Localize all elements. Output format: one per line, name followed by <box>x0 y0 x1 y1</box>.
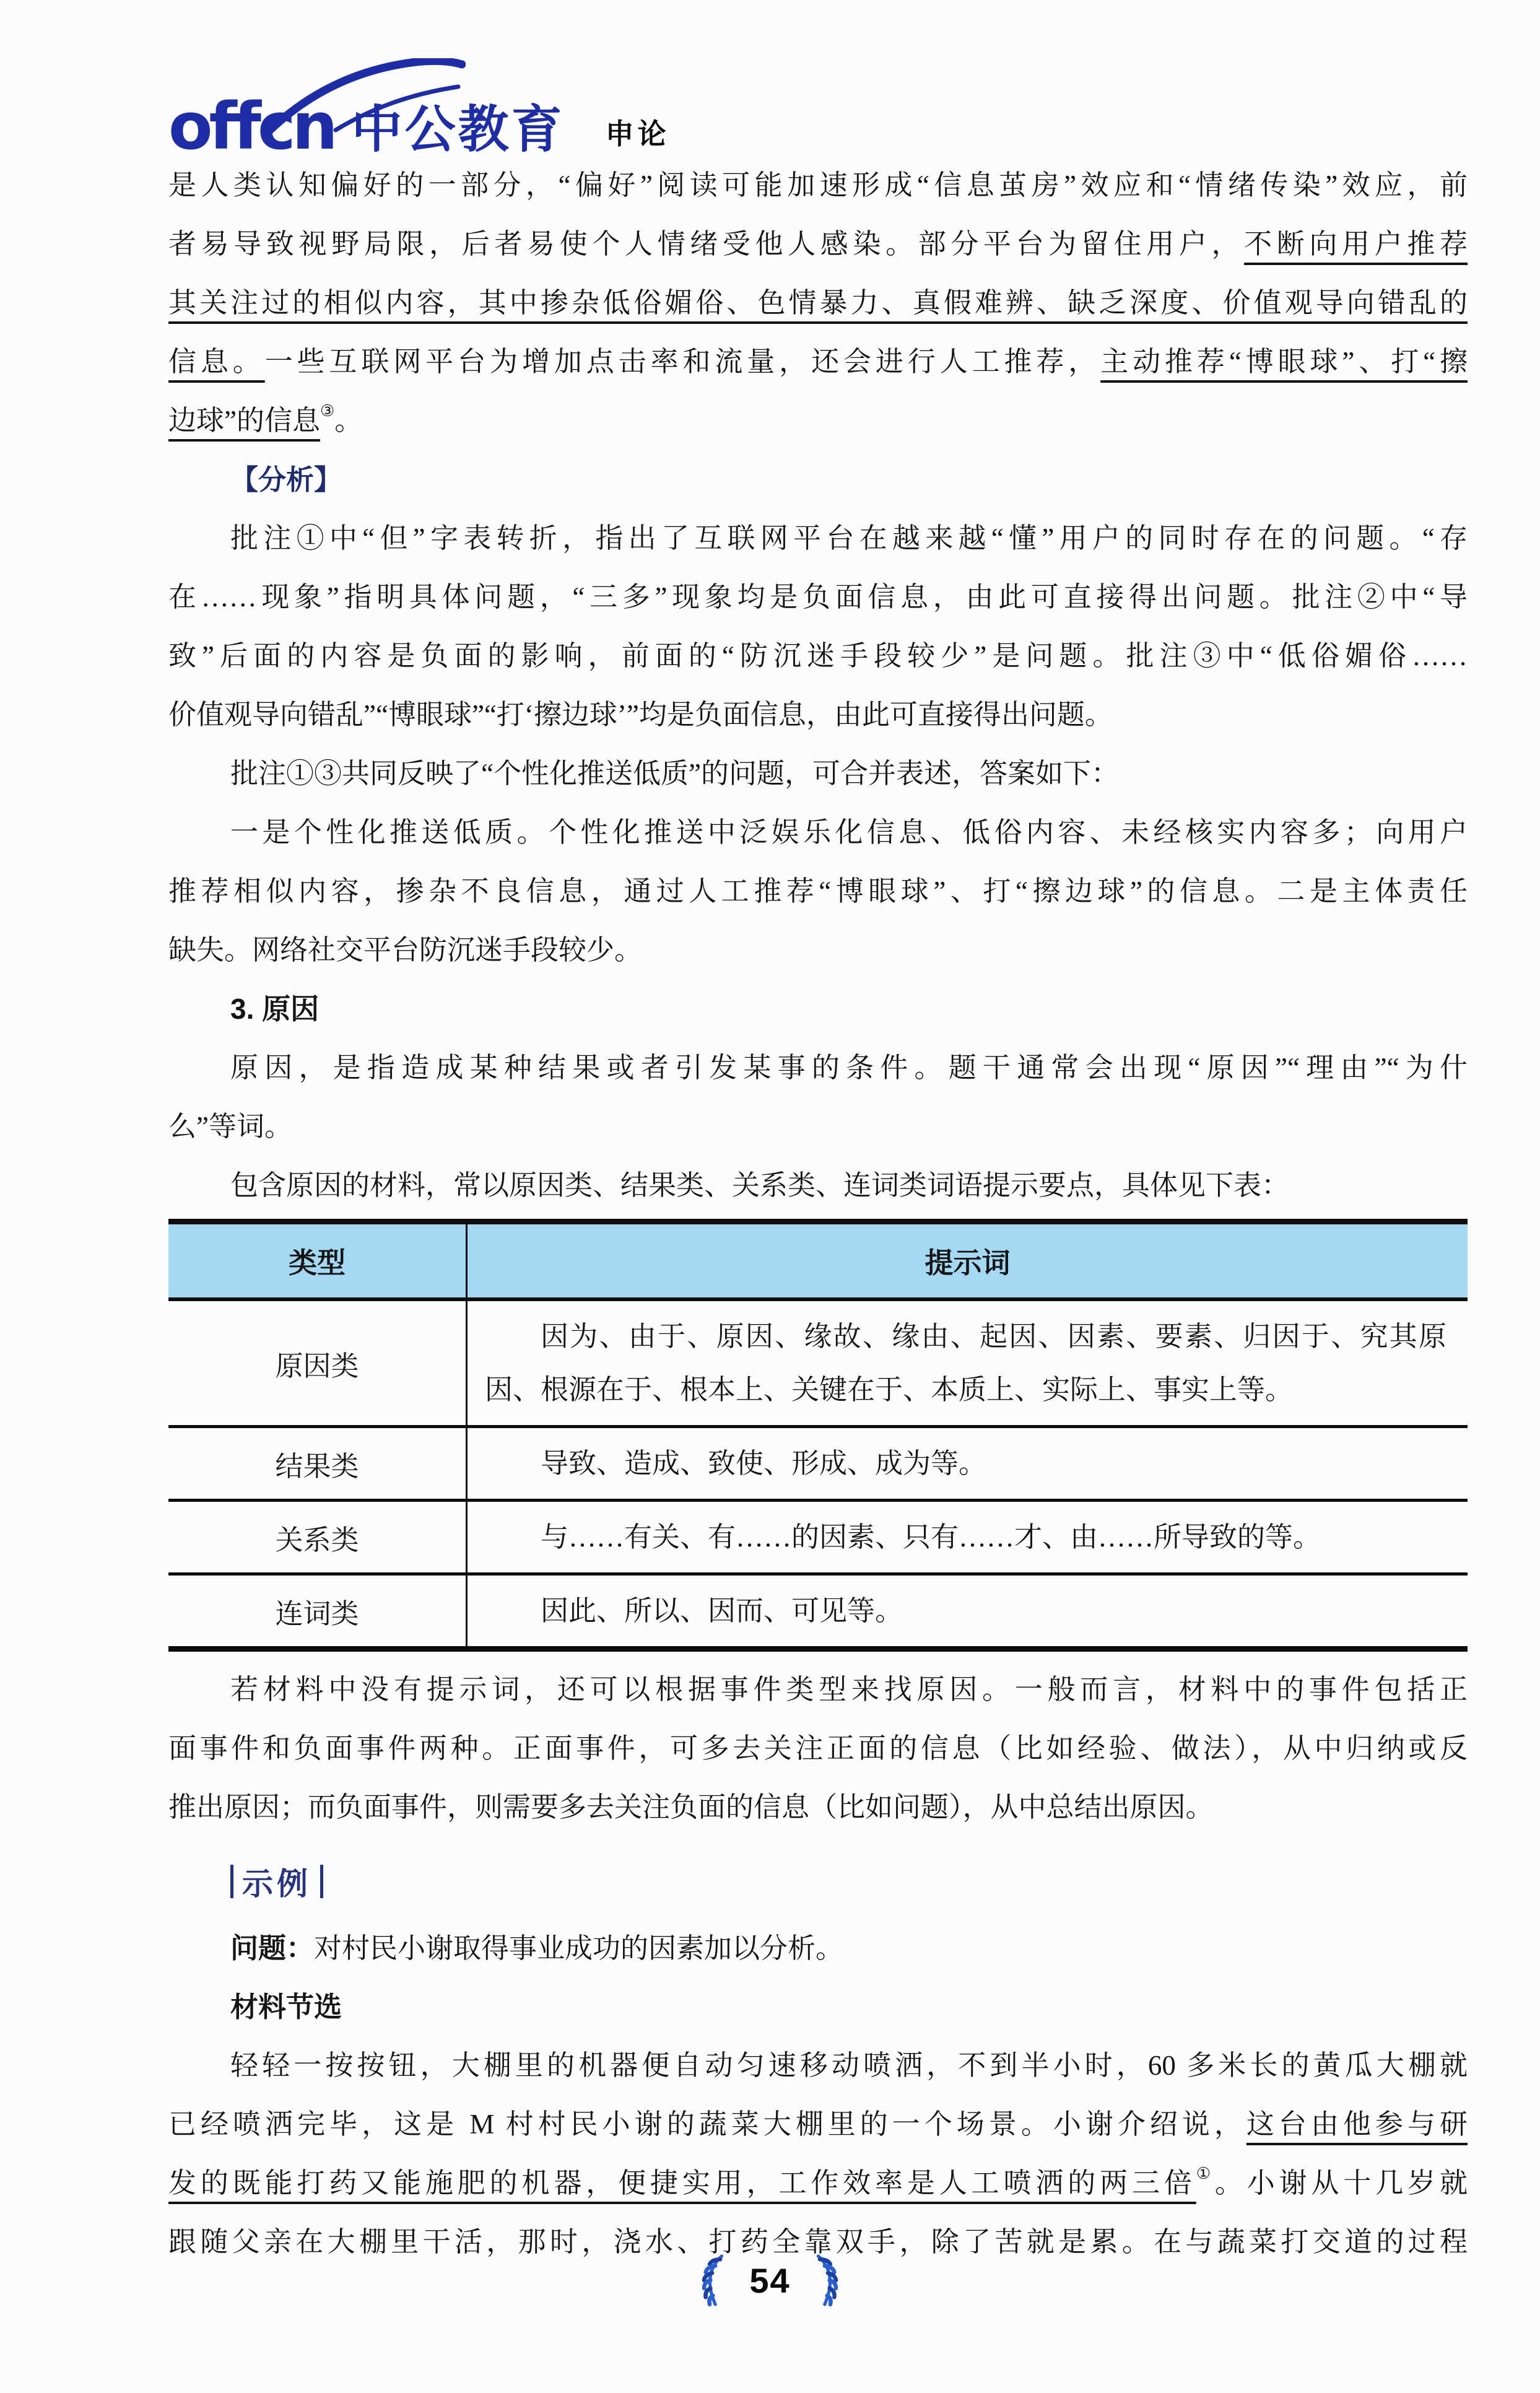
table-cell-type: 连词类 <box>168 1574 467 1649</box>
offcn-logo: offcn 中公教育 <box>168 94 565 159</box>
subject-label: 申论 <box>606 115 670 152</box>
text-line: 发的既能打药又能施肥的机器，便捷实用，工作效率是人工喷洒的两三倍①。小谢从十几岁… <box>168 2154 1468 2213</box>
page-number: 54 <box>749 2260 790 2301</box>
vertical-bar-icon <box>320 1865 323 1898</box>
logo-swoosh-icon <box>261 58 466 139</box>
text-line: 其关注过的相似内容，其中掺杂低俗媚俗、色情暴力、真假难辨、缺乏深度、价值观导向错… <box>168 274 1468 333</box>
text-line: 么”等词。 <box>168 1097 1468 1156</box>
text-line: 若材料中没有提示词，还可以根据事件类型来找原因。一般而言，材料中的事件包括正 <box>168 1660 1468 1719</box>
example-heading: 示例 <box>230 1859 323 1904</box>
table-row: 关系类 与……有关、有……的因素、只有……才、由……所导致的等。 <box>168 1501 1468 1574</box>
table-row: 原因类 因为、由于、原因、缘故、缘由、起因、因素、要素、归因于、究其原因、根源在… <box>168 1299 1468 1427</box>
table-row: 结果类 导致、造成、致使、形成、成为等。 <box>168 1427 1468 1501</box>
table-cell-words: 因此、所以、因而、可见等。 <box>467 1574 1468 1649</box>
text-line: 轻轻一按按钮，大棚里的机器便自动匀速移动喷洒，不到半小时，60 多米长的黄瓜大棚… <box>168 2036 1468 2095</box>
text-line: 价值观导向错乱”“博眼球”“打‘擦边球’”均是负面信息，由此可直接得出问题。 <box>168 686 1468 744</box>
text-line: 一是个性化推送低质。个性化推送中泛娱乐化信息、低俗内容、未经核实内容多；向用户 <box>168 803 1468 862</box>
laurel-right-icon <box>812 2253 844 2308</box>
text-line: 批注①中“但”字表转折，指出了互联网平台在越来越“懂”用户的同时存在的问题。“存 <box>168 509 1468 568</box>
example-heading-row: 示例 <box>168 1844 1468 1919</box>
text-line: 面事件和负面事件两种。正面事件，可多去关注正面的信息（比如经验、做法），从中归纳… <box>168 1719 1468 1778</box>
text-line: 原因，是指造成某种结果或者引发某事的条件。题干通常会出现“原因”“理由”“为什 <box>168 1039 1468 1097</box>
hint-words-table: 类型 提示词 原因类 因为、由于、原因、缘故、缘由、起因、因素、要素、归因于、究… <box>168 1219 1468 1652</box>
table-cell-type: 关系类 <box>168 1501 467 1574</box>
book-page: { "header": { "brand_latin": "offcn", "b… <box>0 0 1540 2393</box>
vertical-bar-icon <box>230 1865 233 1898</box>
text-line: 者易导致视野局限，后者易使个人情绪受他人感染。部分平台为留住用户，不断向用户推荐 <box>168 215 1468 274</box>
table-cell-words: 导致、造成、致使、形成、成为等。 <box>467 1427 1468 1501</box>
example-label: 示例 <box>242 1859 311 1904</box>
text-line: 是人类认知偏好的一部分，“偏好”阅读可能加速形成“信息茧房”效应和“情绪传染”效… <box>168 156 1468 215</box>
text-line: 在……现象”指明具体问题，“三多”现象均是负面信息，由此可直接得出问题。批注②中… <box>168 568 1468 627</box>
page-header: offcn 中公教育 申论 <box>168 59 670 159</box>
table-cell-words: 与……有关、有……的因素、只有……才、由……所导致的等。 <box>467 1501 1468 1574</box>
laurel-left-icon <box>696 2253 728 2308</box>
table-header-type: 类型 <box>168 1222 467 1300</box>
text-line: 致”后面的内容是负面的影响，前面的“防沉迷手段较少”是问题。批注③中“低俗媚俗…… <box>168 627 1468 686</box>
material-label: 材料节选 <box>168 1977 1468 2036</box>
table-cell-words: 因为、由于、原因、缘故、缘由、起因、因素、要素、归因于、究其原因、根源在于、根本… <box>467 1299 1468 1427</box>
table-row: 连词类 因此、所以、因而、可见等。 <box>168 1574 1468 1649</box>
table-header-row: 类型 提示词 <box>168 1222 1468 1300</box>
table-header-words: 提示词 <box>467 1222 1468 1300</box>
text-line: 信息。一些互联网平台为增加点击率和流量，还会进行人工推荐，主动推荐“博眼球”、打… <box>168 333 1468 391</box>
section-heading-cause: 3. 原因 <box>168 980 1468 1039</box>
table-cell-type: 结果类 <box>168 1427 467 1501</box>
table-intro-line: 包含原因的材料，常以原因类、结果类、关系类、连词类词语提示要点，具体见下表： <box>168 1156 1468 1215</box>
analysis-heading: 【分析】 <box>168 450 1468 509</box>
text-line: 已经喷洒完毕，这是 M 村村民小谢的蔬菜大棚里的一个场景。小谢介绍说，这台由他参… <box>168 2095 1468 2154</box>
text-line: 批注①③共同反映了“个性化推送低质”的问题，可合并表述，答案如下： <box>168 744 1468 803</box>
text-line: 缺失。网络社交平台防沉迷手段较少。 <box>168 921 1468 980</box>
text-line: 推荐相似内容，掺杂不良信息，通过人工推荐“博眼球”、打“擦边球”的信息。二是主体… <box>168 862 1468 921</box>
text-line: 推出原因；而负面事件，则需要多去关注负面的信息（比如问题），从中总结出原因。 <box>168 1778 1468 1837</box>
table-cell-type: 原因类 <box>168 1299 467 1427</box>
question-line: 问题：对村民小谢取得事业成功的因素加以分析。 <box>168 1919 1468 1977</box>
page-footer: 54 <box>0 2253 1540 2308</box>
text-line: 边球”的信息③。 <box>168 391 1468 450</box>
text-column: 是人类认知偏好的一部分，“偏好”阅读可能加速形成“信息茧房”效应和“情绪传染”效… <box>168 156 1468 2272</box>
